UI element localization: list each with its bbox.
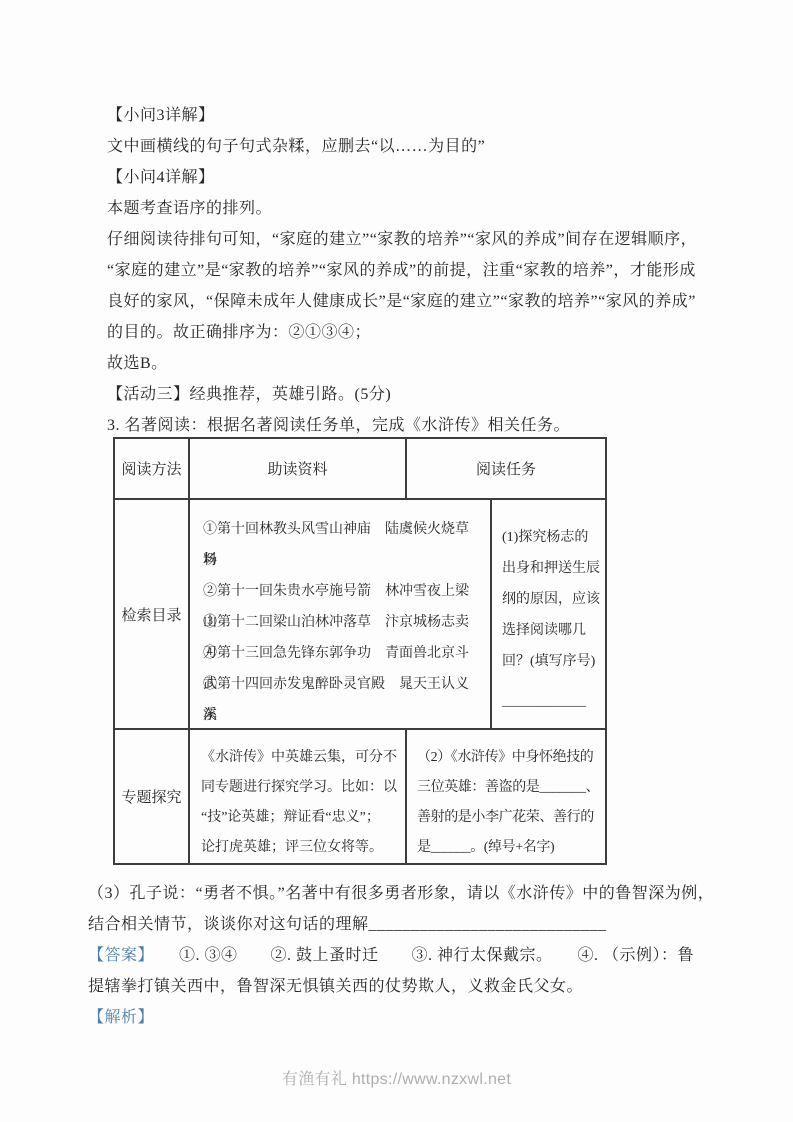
- table-header-row: 阅读方法 助读资料 阅读任务: [115, 439, 605, 500]
- document-content: 【小问3详解】 文中画横线的句子句式杂糅，应删去“以……为目的” 【小问4详解】…: [0, 0, 793, 1033]
- answer-section: （3）孔子说：“勇者不惧。”名著中有很多勇者形象，请以《水浒传》中的鲁智深为例，…: [88, 878, 793, 1033]
- table-cell-catalog-list: ①第十回林教头风雪山神庙 陆虞候火烧草料场②第十一回朱贵水亭施号箭 林冲雪夜上梁…: [190, 500, 492, 728]
- table-cell-method-catalog: 检索目录: [115, 500, 190, 728]
- question3-stem: 3. 名著阅读：根据名著阅读任务单，完成《水浒传》相关任务。: [107, 410, 793, 441]
- subquestion3-header: 【小问3详解】: [107, 100, 793, 131]
- table-cell-task-2: （2）《水浒传》中身怀绝技的三位英雄：善盗的是_______、善射的是小李广花荣…: [407, 730, 605, 863]
- table-cell-task-1: (1)探究杨志的出身和押送生辰纲的原因，应该选择阅读哪几回？(填写序号)____…: [492, 500, 605, 728]
- table-header-task: 阅读任务: [407, 439, 605, 498]
- analysis-label: 【解析】: [88, 1002, 793, 1033]
- answer-content: ①. ③④ ②. 鼓上蚤时迁 ③. 神行太保戴宗。 ④. （示例）：鲁: [146, 947, 694, 964]
- table-row: 检索目录 ①第十回林教头风雪山神庙 陆虞候火烧草料场②第十一回朱贵水亭施号箭 林…: [115, 500, 605, 730]
- subquestion4-header: 【小问4详解】: [107, 162, 793, 193]
- subquestion4-intro: 本题考查语序的排列。: [107, 193, 793, 224]
- question3-part3: （3）孔子说：“勇者不惧。”名著中有很多勇者形象，请以《水浒传》中的鲁智深为例，…: [88, 878, 793, 940]
- answer-line: 【答案】 ①. ③④ ②. 鼓上蚤时迁 ③. 神行太保戴宗。 ④. （示例）：鲁: [88, 940, 793, 971]
- table-header-material: 助读资料: [190, 439, 407, 498]
- subquestion3-explanation: 文中画横线的句子句式杂糅，应删去“以……为目的”: [107, 131, 793, 162]
- answer-label: 【答案】: [88, 947, 146, 964]
- activity3-header: 【活动三】经典推荐，英雄引路。(5分): [107, 379, 793, 410]
- watermark-footer: 有渔有礼 https://www.nzxwl.net: [0, 1066, 793, 1089]
- table-cell-method-topic: 专题探究: [115, 730, 190, 863]
- table-header-method: 阅读方法: [115, 439, 190, 498]
- subquestion4-explanation: 仔细阅读待排句可知，“家庭的建立”“家教的培养”“家风的养成”间存在逻辑顺序，“…: [107, 224, 793, 348]
- document-page: 【小问3详解】 文中画横线的句子句式杂糅，应删去“以……为目的” 【小问4详解】…: [0, 0, 793, 1122]
- reading-task-table: 阅读方法 助读资料 阅读任务 检索目录 ①第十回林教头风雪山神庙 陆虞候火烧草料…: [113, 437, 607, 865]
- answer-continuation: 提辖拳打镇关西中，鲁智深无惧镇关西的仗势欺人，义救金氏父女。: [88, 971, 793, 1002]
- table-cell-topic-material: 《水浒传》中英雄云集，可分不同专题进行探究学习。比如：以“技”论英雄；辩证看“忠…: [190, 730, 407, 863]
- subquestion4-conclusion: 故选B。: [107, 348, 793, 379]
- table-row: 专题探究 《水浒传》中英雄云集，可分不同专题进行探究学习。比如：以“技”论英雄；…: [115, 730, 605, 863]
